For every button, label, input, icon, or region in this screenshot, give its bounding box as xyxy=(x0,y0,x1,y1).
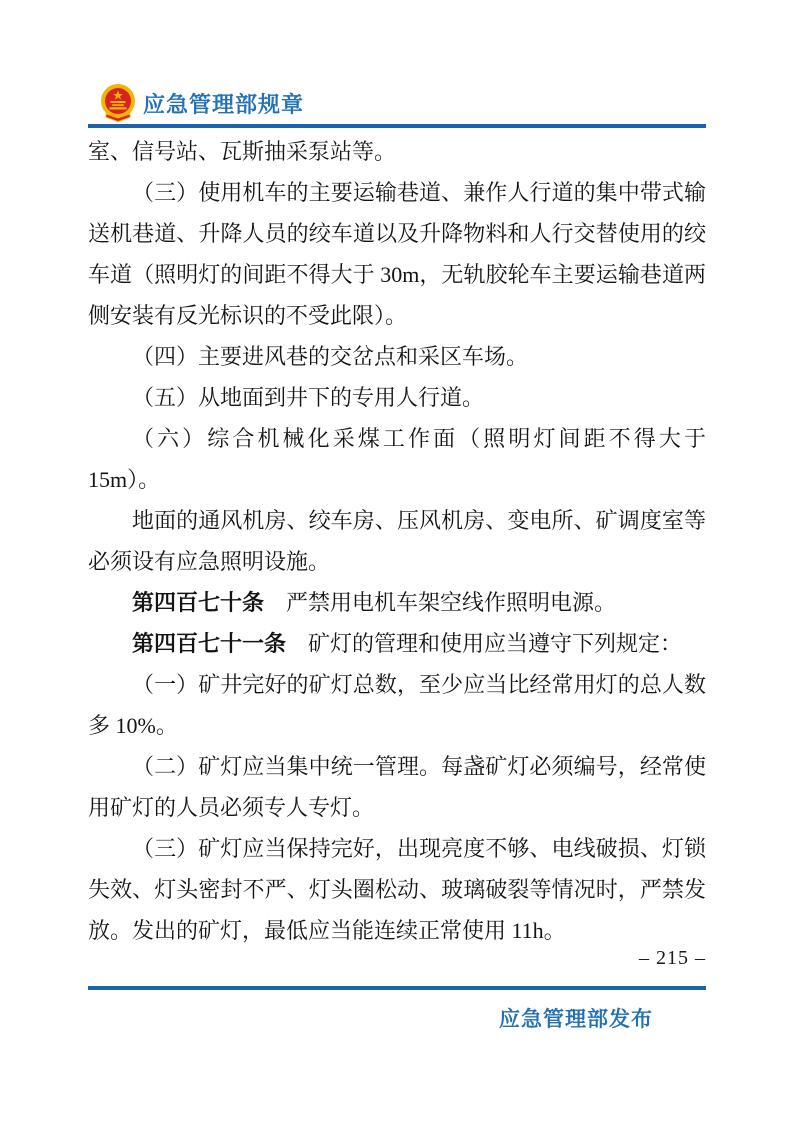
text-run: 地面的通风机房、绞车房、压风机房、变电所、矿调度室等必须设有应急照明设施。 xyxy=(88,508,706,574)
page-header: 应急管理部规章 xyxy=(100,83,304,123)
document-page: 应急管理部规章 室、信号站、瓦斯抽采泵站等。（三）使用机车的主要运输巷道、兼作人… xyxy=(0,0,793,1122)
paragraph: （三）矿灯应当保持完好，出现亮度不够、电线破损、灯锁失效、灯头密封不严、灯头圈松… xyxy=(88,828,706,951)
text-run: 严禁用电机车架空线作照明电源。 xyxy=(264,590,616,615)
china-national-emblem-icon xyxy=(100,83,136,123)
header-title: 应急管理部规章 xyxy=(143,88,304,119)
text-run: 室、信号站、瓦斯抽采泵站等。 xyxy=(88,139,396,164)
text-run: （三）矿灯应当保持完好，出现亮度不够、电线破损、灯锁失效、灯头密封不严、灯头圈松… xyxy=(88,836,706,943)
paragraph: （五）从地面到井下的专用人行道。 xyxy=(88,377,706,418)
paragraph: 室、信号站、瓦斯抽采泵站等。 xyxy=(88,131,706,172)
text-run: 矿灯的管理和使用应当遵守下列规定： xyxy=(286,631,682,656)
paragraph: 第四百七十一条 矿灯的管理和使用应当遵守下列规定： xyxy=(88,623,706,664)
page-number: – 215 – xyxy=(639,947,706,970)
paragraph: （六）综合机械化采煤工作面（照明灯间距不得大于 15m）。 xyxy=(88,418,706,500)
article-number: 第四百七十条 xyxy=(132,590,264,615)
header-rule xyxy=(88,124,706,128)
paragraph: （四）主要进风巷的交岔点和采区车场。 xyxy=(88,336,706,377)
text-run: （四）主要进风巷的交岔点和采区车场。 xyxy=(132,344,528,369)
text-run: （三）使用机车的主要运输巷道、兼作人行道的集中带式输送机巷道、升降人员的绞车道以… xyxy=(88,180,706,328)
text-run: （二）矿灯应当集中统一管理。每盏矿灯必须编号，经常使用矿灯的人员必须专人专灯。 xyxy=(88,754,706,820)
paragraph: （三）使用机车的主要运输巷道、兼作人行道的集中带式输送机巷道、升降人员的绞车道以… xyxy=(88,172,706,336)
document-body: 室、信号站、瓦斯抽采泵站等。（三）使用机车的主要运输巷道、兼作人行道的集中带式输… xyxy=(88,131,706,951)
paragraph: （二）矿灯应当集中统一管理。每盏矿灯必须编号，经常使用矿灯的人员必须专人专灯。 xyxy=(88,746,706,828)
paragraph: 地面的通风机房、绞车房、压风机房、变电所、矿调度室等必须设有应急照明设施。 xyxy=(88,500,706,582)
text-run: （一）矿井完好的矿灯总数，至少应当比经常用灯的总人数多 10%。 xyxy=(88,672,706,738)
article-number: 第四百七十一条 xyxy=(132,631,286,656)
text-run: （五）从地面到井下的专用人行道。 xyxy=(132,385,484,410)
publisher-label: 应急管理部发布 xyxy=(88,1003,706,1033)
text-run: （六）综合机械化采煤工作面（照明灯间距不得大于 15m）。 xyxy=(88,426,706,492)
paragraph: （一）矿井完好的矿灯总数，至少应当比经常用灯的总人数多 10%。 xyxy=(88,664,706,746)
footer-rule xyxy=(88,986,706,990)
paragraph: 第四百七十条 严禁用电机车架空线作照明电源。 xyxy=(88,582,706,623)
